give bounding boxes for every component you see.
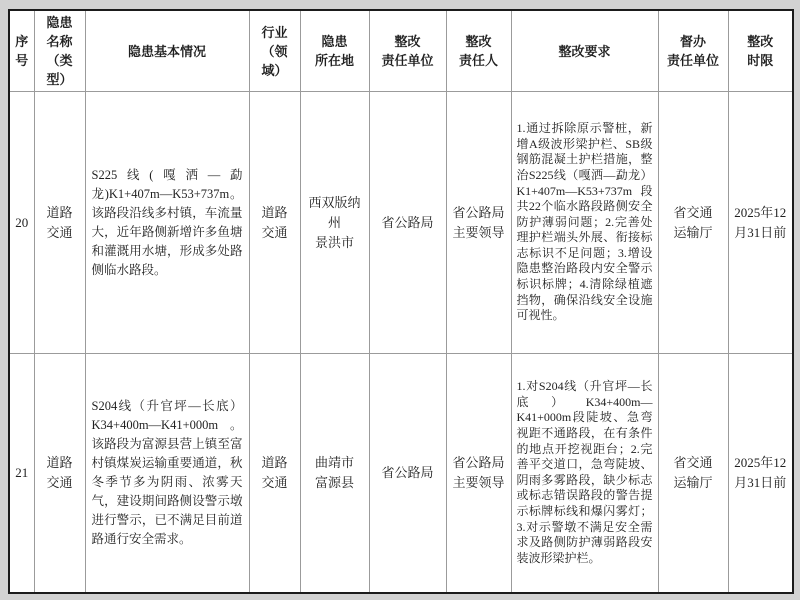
cell-supervising-unit: 省交通 运输厅: [658, 354, 728, 593]
col-header-hazard-name-type: 隐患 名称 （类型）: [34, 10, 85, 92]
cell-deadline: 2025年12月31日前: [728, 354, 793, 593]
cell-serial-number: 21: [9, 354, 34, 593]
col-header-rectification-requirements: 整改要求: [511, 10, 658, 92]
col-header-hazard-location: 隐患 所在地: [300, 10, 369, 92]
table-row-21: 21 道路 交通 S204线（升官坪—长底）K34+400m—K41+000m。…: [9, 354, 793, 593]
col-header-rectification-person: 整改 责任人: [446, 10, 511, 92]
cell-hazard-description: S225线(嘎洒—勐龙)K1+407m—K53+737m。该路段沿线多村镇，车流…: [85, 92, 249, 354]
cell-responsible-person: 省公路局 主要领导: [446, 92, 511, 354]
col-header-supervising-unit: 督办 责任单位: [658, 10, 728, 92]
header-row: 序号 隐患 名称 （类型） 隐患基本情况 行业 （领域） 隐患 所在地 整改 责…: [9, 10, 793, 92]
cell-hazard-type: 道路 交通: [34, 92, 85, 354]
cell-rectification-requirements: 1.对S204线（升官坪—长底）K34+400m—K41+000m段陡坡、急弯视…: [511, 354, 658, 593]
hazard-rectification-table: 序号 隐患 名称 （类型） 隐患基本情况 行业 （领域） 隐患 所在地 整改 责…: [8, 9, 794, 594]
col-header-deadline: 整改 时限: [728, 10, 793, 92]
cell-location: 曲靖市 富源县: [300, 354, 369, 593]
cell-industry: 道路 交通: [249, 354, 300, 593]
cell-deadline: 2025年12月31日前: [728, 92, 793, 354]
col-header-hazard-description: 隐患基本情况: [85, 10, 249, 92]
cell-hazard-description: S204线（升官坪—长底）K34+400m—K41+000m。该路段为富源县营上…: [85, 354, 249, 593]
cell-hazard-type: 道路 交通: [34, 354, 85, 593]
cell-serial-number: 20: [9, 92, 34, 354]
col-header-industry-field: 行业 （领域）: [249, 10, 300, 92]
col-header-serial-number: 序号: [9, 10, 34, 92]
cell-rectification-requirements: 1.通过拆除原示警桩，新增A级波形梁护栏、SB级钢筋混凝土护栏措施，整治S225…: [511, 92, 658, 354]
table-row-20: 20 道路 交通 S225线(嘎洒—勐龙)K1+407m—K53+737m。该路…: [9, 92, 793, 354]
col-header-rectification-unit: 整改 责任单位: [369, 10, 446, 92]
cell-responsible-unit: 省公路局: [369, 354, 446, 593]
cell-supervising-unit: 省交通 运输厅: [658, 92, 728, 354]
cell-location: 西双版纳州 景洪市: [300, 92, 369, 354]
cell-responsible-unit: 省公路局: [369, 92, 446, 354]
cell-industry: 道路 交通: [249, 92, 300, 354]
cell-responsible-person: 省公路局 主要领导: [446, 354, 511, 593]
document-page: 序号 隐患 名称 （类型） 隐患基本情况 行业 （领域） 隐患 所在地 整改 责…: [8, 9, 792, 590]
